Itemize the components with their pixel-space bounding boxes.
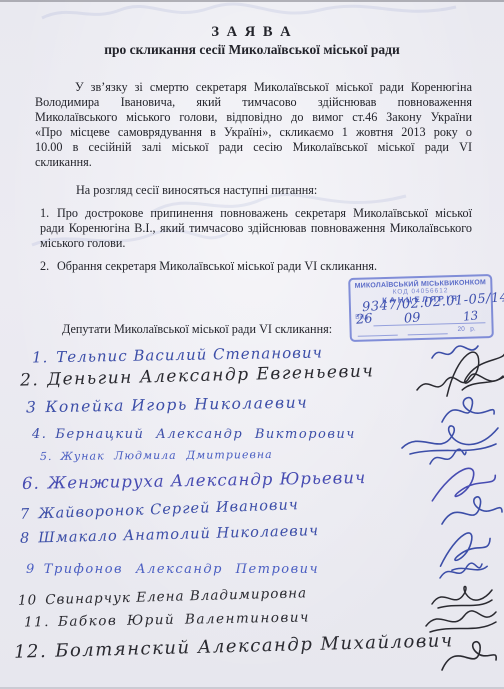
signature-icon <box>438 558 484 584</box>
deputies-heading: Депутати Миколаївської міської ради VI с… <box>62 322 332 337</box>
stamp-date-day: 26 <box>355 311 373 327</box>
deputy-name: Жунак Людмила Дмитриевна <box>60 448 272 463</box>
signature-icon <box>415 366 504 400</box>
deputy-row: 3Копейка Игорь Николаевич <box>26 394 309 417</box>
deputy-row: 11.Бабков Юрий Валентинович <box>24 610 310 631</box>
stamp-date-year: 13 <box>462 308 479 324</box>
agenda-item-number: 2. <box>40 259 57 274</box>
agenda-item-1: 1.Про дострокове припинення повноважень … <box>40 206 472 252</box>
document-title: З А Я В А <box>0 24 504 41</box>
stamp-year-printed: 20 р. <box>457 325 475 333</box>
signature-icon <box>426 458 501 513</box>
deputy-name: Свинарчук Елена Владимировна <box>45 585 307 608</box>
deputy-row: 9Трифонов Александр Петрович <box>26 562 319 577</box>
deputy-name: Шмакало Анатолий Николаевич <box>38 523 319 546</box>
deputy-name: Тельпис Василий Степанович <box>56 343 323 366</box>
deputy-row: 6.Женжируха Александр Юрьевич <box>22 468 366 493</box>
signature-icon <box>432 516 497 581</box>
deputy-name: Бабков Юрий Валентинович <box>58 610 310 630</box>
deputy-row: 12.Болтянский Александр Михайлович <box>14 630 454 663</box>
deputy-name: Трифонов Александр Петрович <box>44 562 319 577</box>
agenda-item-number: 1. <box>40 206 57 221</box>
signature-icon <box>428 446 468 470</box>
deputy-row: 4.Бернацкий Александр Викторович <box>32 427 356 442</box>
bleedthrough-handwriting <box>40 2 460 24</box>
stamp-underline <box>408 333 448 335</box>
signature-icon <box>438 392 498 428</box>
body-paragraph: У зв’язку зі смертю секретаря Миколаївсь… <box>35 80 472 169</box>
deputy-row: 5.Жунак Людмила Дмитриевна <box>40 448 273 463</box>
deputy-row: 10Свинарчук Елена Владимировна <box>18 585 308 609</box>
deputy-row: 8Шмакало Анатолий Николаевич <box>20 523 319 547</box>
signature-icon <box>430 342 480 364</box>
scan-edge <box>0 0 504 2</box>
deputy-name: Жайворонок Сергей Иванович <box>38 497 299 522</box>
agenda-item-text: Про дострокове припинення повноважень се… <box>40 206 472 250</box>
deputy-name: Деньгин Александр Евгеньевич <box>47 361 375 390</box>
signature-icon <box>400 420 500 460</box>
signature-icon <box>430 582 494 612</box>
agenda-intro: На розгляд сесії виносяться наступні пит… <box>76 183 317 198</box>
signature-icon <box>440 492 504 532</box>
document-subtitle: про скликання сесії Миколаївської місько… <box>0 42 504 58</box>
agenda-item-2: 2.Обрання секретаря Миколаївської місько… <box>40 259 472 274</box>
deputy-name: Болтянский Александр Михайлович <box>55 630 454 661</box>
stamp-date-month: 09 <box>403 310 421 326</box>
scanned-document-page: З А Я В А про скликання сесії Миколаївсь… <box>0 0 504 689</box>
deputy-name: Копейка Игорь Николаевич <box>45 394 308 417</box>
stamp-underline <box>358 335 398 337</box>
signature-icon <box>437 343 504 402</box>
agenda-item-text: Обрання секретаря Миколаївської міської … <box>57 259 377 273</box>
deputy-name: Женжируха Александр Юрьевич <box>48 468 367 493</box>
deputy-name: Бернацкий Александр Викторович <box>55 427 355 442</box>
deputy-row: 7Жайворонок Сергей Иванович <box>20 497 299 523</box>
